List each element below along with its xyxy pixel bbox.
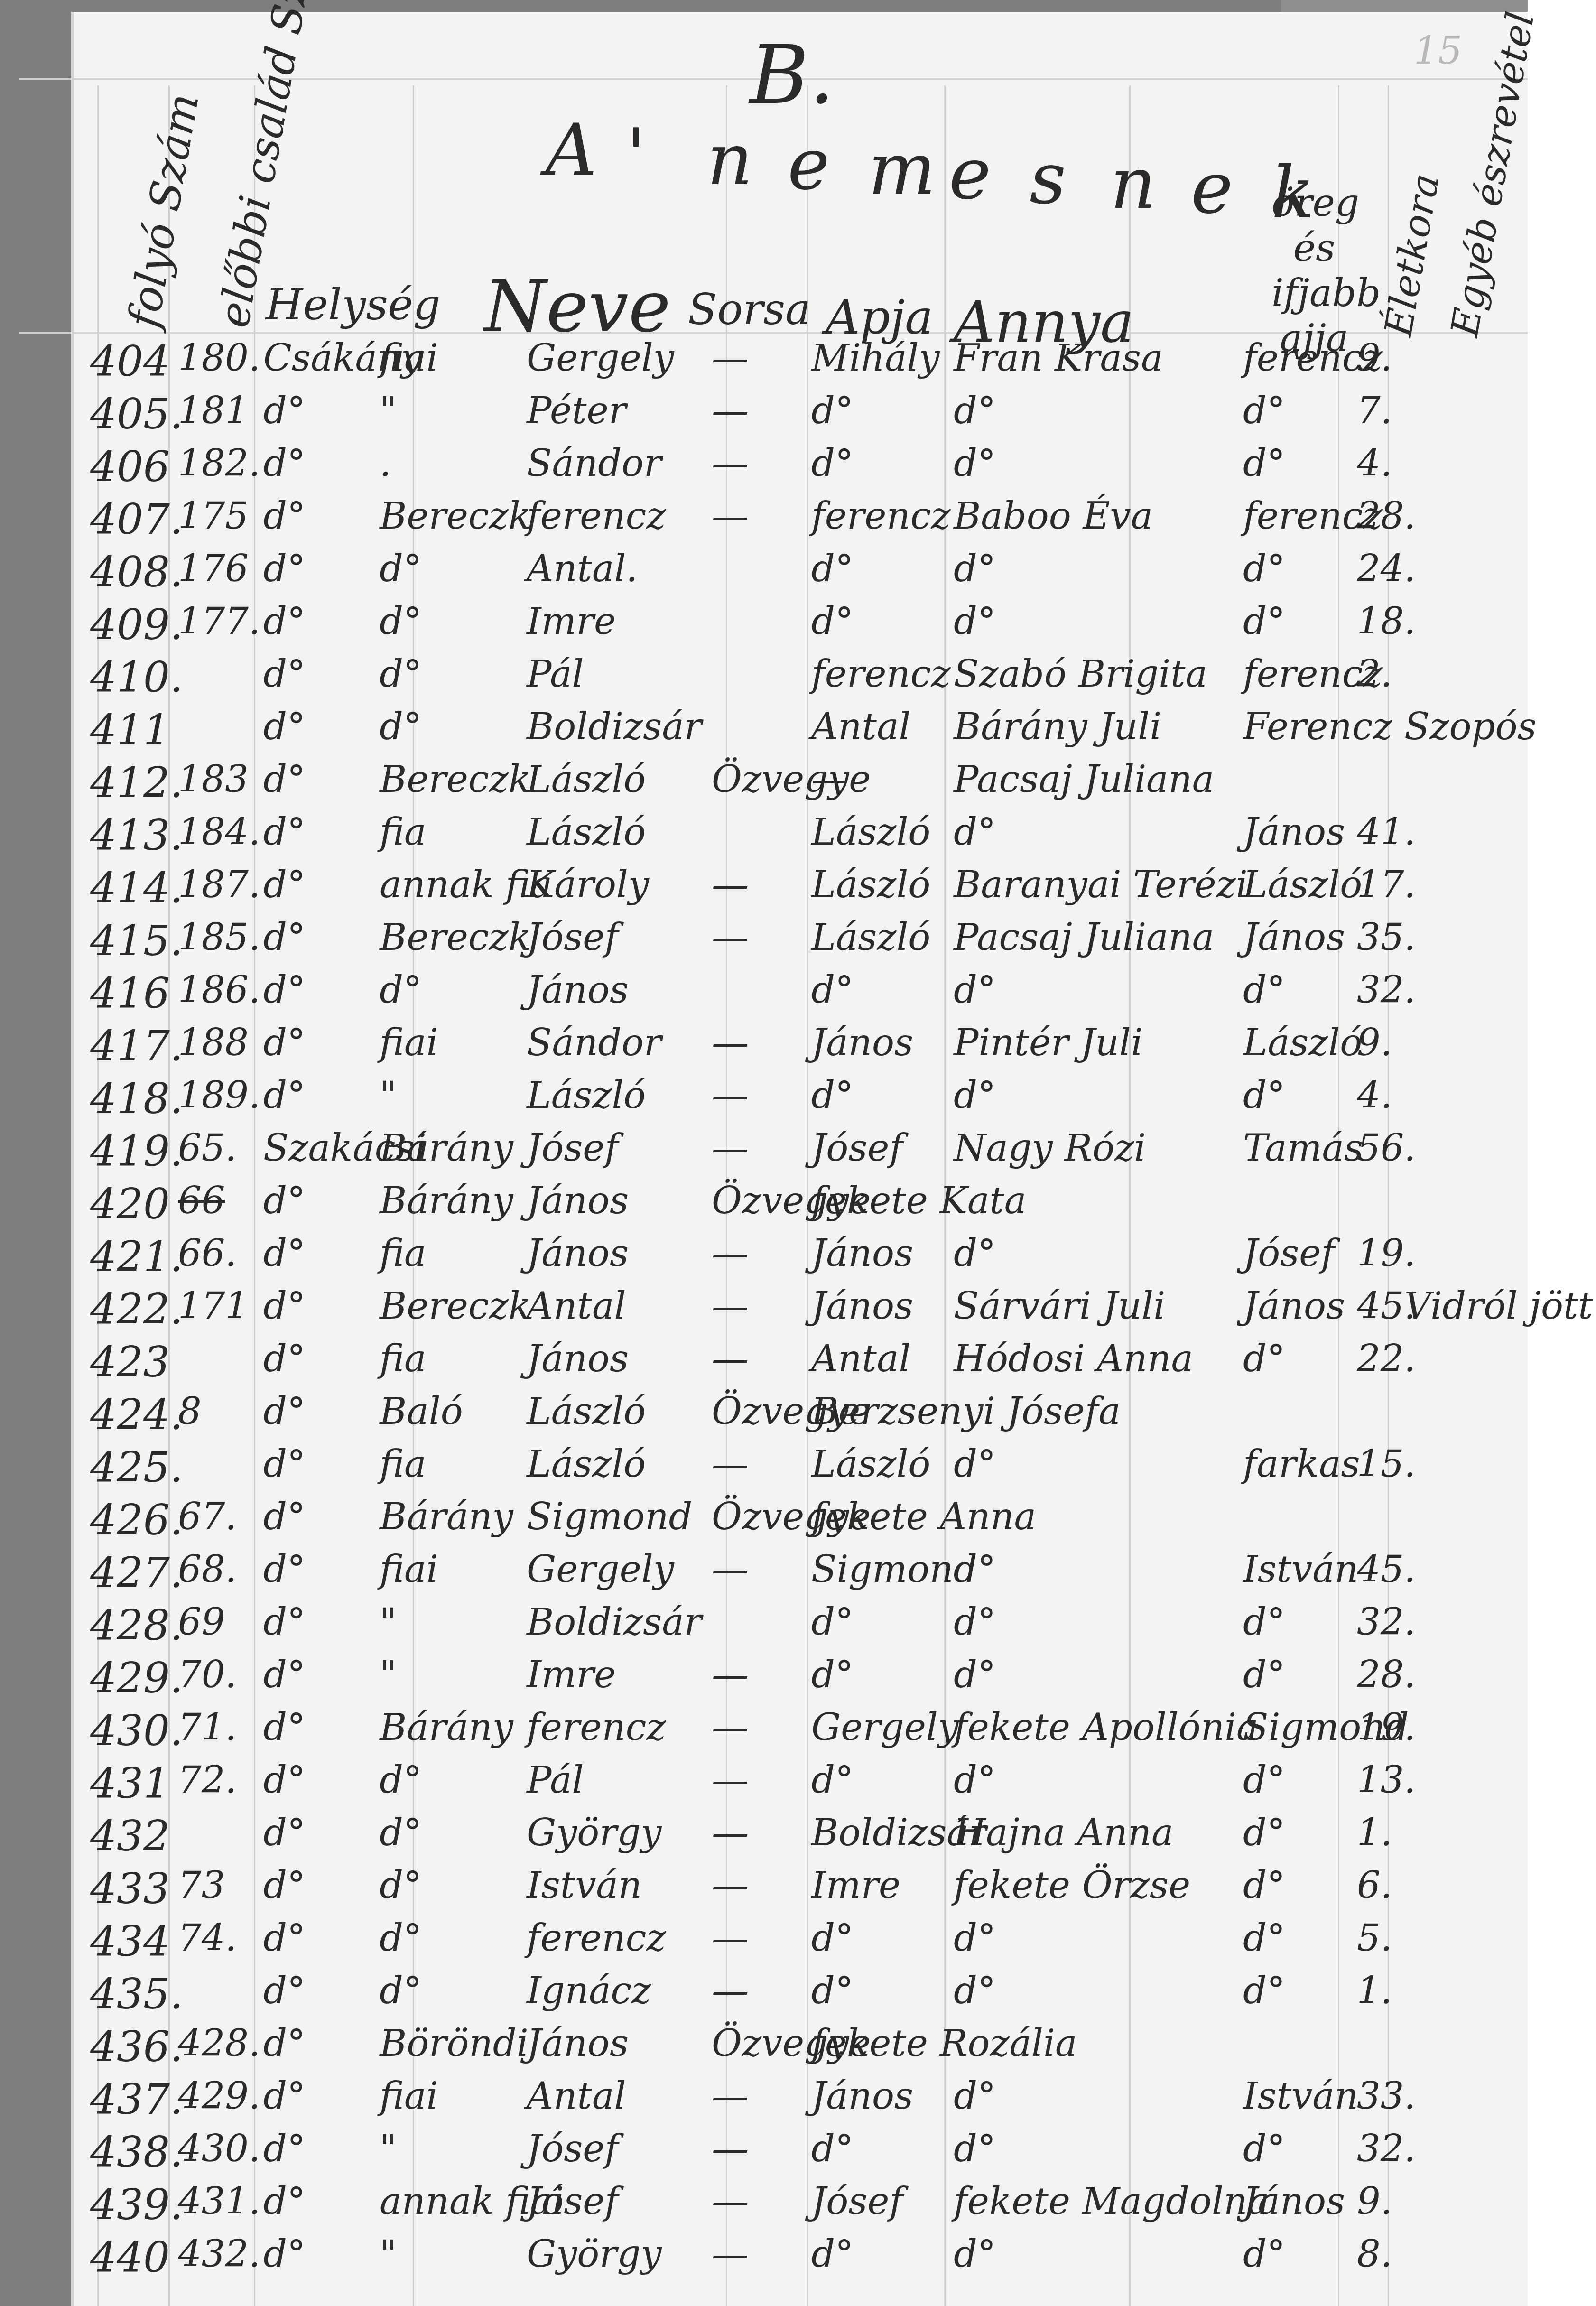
status: — (712, 1864, 749, 1907)
mother: d° (954, 1074, 996, 1117)
person-name: Jósef (527, 2128, 618, 2170)
person-name: Sigmond (527, 1496, 692, 1538)
age: 1. (1357, 1812, 1392, 1854)
remarks: Vidról jött (1404, 1285, 1593, 1328)
mother: Baboo Éva (954, 495, 1153, 538)
previous-number: 66 (178, 1180, 225, 1222)
person-name: Gergely (527, 337, 674, 380)
status: — (712, 337, 749, 380)
grandfather: d° (1243, 1812, 1285, 1854)
serial-number: 419. (90, 1127, 183, 1176)
serial-number: 434 (90, 1917, 170, 1966)
mother: d° (954, 811, 996, 854)
mother: Fran Krasa (954, 337, 1163, 380)
table-row: 426.67.d°BáránySigmondÖzvegyefekete Anna (0, 1496, 1518, 1548)
status: — (712, 1285, 749, 1328)
serial-number: 440 (90, 2233, 170, 2282)
grandfather: d° (1243, 442, 1285, 485)
serial-number: 433 (90, 1864, 170, 1913)
serial-number: 437. (90, 2075, 183, 2124)
mother: d° (954, 1443, 996, 1486)
remarks: Szopós (1404, 706, 1536, 748)
status: — (712, 1812, 749, 1854)
father: Imre (811, 1864, 900, 1907)
place: d° (263, 1443, 306, 1486)
table-row: 43172.d°d°Pál—d°d°d°13. (0, 1759, 1518, 1811)
grandfather: d° (1243, 390, 1285, 432)
table-row: 408.176d°d°Antal.d°d°d°24. (0, 548, 1518, 600)
person-name: Imre (527, 600, 616, 643)
status: — (712, 1917, 749, 1960)
title-letter: A (546, 109, 597, 192)
table-row: 406182.d°.Sándor—d°d°d°4. (0, 442, 1518, 494)
place: d° (263, 1548, 306, 1591)
mother: d° (954, 2233, 996, 2276)
relation: d° (380, 653, 422, 696)
father: d° (811, 1601, 854, 1644)
serial-number: 425. (90, 1443, 183, 1492)
status: — (712, 1548, 749, 1591)
age: 9. (1357, 1022, 1392, 1064)
previous-number: 67. (178, 1496, 237, 1538)
grandfather: d° (1243, 1601, 1285, 1644)
father: Antal (811, 706, 910, 748)
table-row: 413.184.d°fiaLászlóLászlód°János41. (0, 811, 1518, 863)
person-name: Sándor (527, 1022, 661, 1064)
place: d° (263, 653, 306, 696)
status: — (712, 2233, 749, 2276)
mother: d° (954, 390, 996, 432)
title-letter: ' (626, 114, 646, 196)
father: d° (811, 548, 854, 590)
grandfather: Tamás (1243, 1127, 1363, 1170)
age: 56. (1357, 1127, 1416, 1170)
serial-number: 412. (90, 758, 183, 807)
previous-number: 176 (178, 548, 249, 590)
title-letter: m (868, 128, 936, 211)
previous-number: 189. (178, 1074, 260, 1117)
relation: d° (380, 1759, 422, 1802)
father: fekete Kata (811, 1180, 1026, 1222)
father: László (811, 916, 930, 959)
age: 32. (1357, 1601, 1416, 1644)
grandfather: d° (1243, 1074, 1285, 1117)
serial-number: 421. (90, 1232, 183, 1281)
mother: d° (954, 2128, 996, 2170)
previous-number: 182. (178, 442, 260, 485)
previous-number: 74. (178, 1917, 237, 1960)
table-row: 407.175d°Bereczkferencz—ferenczBaboo Éva… (0, 495, 1518, 547)
place: d° (263, 1232, 306, 1275)
table-row: 414.187.d°annak fiaKároly—LászlóBaranyai… (0, 864, 1518, 916)
father: János (811, 1285, 913, 1328)
relation: d° (380, 548, 422, 590)
grandfather: Ferencz (1243, 706, 1392, 748)
grandfather: Jósef (1243, 1232, 1335, 1275)
previous-number: 185. (178, 916, 260, 959)
mother: Hódosi Anna (954, 1338, 1193, 1380)
relation: Baló (380, 1390, 463, 1433)
serial-number: 405. (90, 390, 183, 438)
relation: fiai (380, 2075, 438, 2118)
age: 19. (1357, 1706, 1416, 1749)
person-name: Imre (527, 1654, 616, 1696)
relation: fia (380, 811, 427, 854)
relation: " (380, 390, 397, 432)
table-row: 411d°d°BoldizsárAntalBárány JuliFerenczS… (0, 706, 1518, 758)
table-row: 421.66.d°fiaJános—Jánosd°Jósef19. (0, 1232, 1518, 1284)
status: — (712, 442, 749, 485)
header-place: Helység (266, 280, 440, 330)
person-name: László (527, 811, 646, 854)
grandfather: d° (1243, 2128, 1285, 2170)
mother: Szabó Brigita (954, 653, 1207, 696)
status: — (712, 2180, 749, 2223)
serial-number: 438. (90, 2128, 183, 2176)
previous-number: 429. (178, 2075, 260, 2118)
relation: Bárány (380, 1496, 513, 1538)
father: d° (811, 2233, 854, 2276)
grandfather: d° (1243, 969, 1285, 1012)
relation: d° (380, 1864, 422, 1907)
previous-number: 187. (178, 864, 260, 906)
title-letter: e (1191, 147, 1233, 230)
serial-number: 414. (90, 864, 183, 912)
father: László (811, 864, 930, 906)
previous-number: 65. (178, 1127, 237, 1170)
mother: fekete Magdolna (954, 2180, 1270, 2223)
person-name: ferencz (527, 1917, 666, 1960)
table-row: 416186.d°d°Jánosd°d°d°32. (0, 969, 1518, 1021)
age: 2. (1357, 653, 1392, 696)
father: — (811, 758, 848, 801)
mother: Sárvári Juli (954, 1285, 1165, 1328)
father: Gergely (811, 1706, 959, 1749)
mother: d° (954, 442, 996, 485)
place: d° (263, 1285, 306, 1328)
grandfather: János (1243, 916, 1345, 959)
status: — (712, 1970, 749, 2012)
father: d° (811, 390, 854, 432)
age: 7. (1357, 390, 1392, 432)
title-letter: n (1110, 142, 1156, 225)
mother: Pintér Juli (954, 1022, 1143, 1064)
serial-number: 404 (90, 337, 170, 386)
father: d° (811, 1917, 854, 1960)
mother: d° (954, 1601, 996, 1644)
person-name: László (527, 1443, 646, 1486)
status: — (712, 1654, 749, 1696)
table-row: 419.65.SzakácsiBárányJósef—JósefNagy Róz… (0, 1127, 1518, 1179)
serial-number: 439. (90, 2180, 183, 2229)
person-name: Jósef (527, 916, 618, 959)
grandfather: d° (1243, 548, 1285, 590)
person-name: Antal. (527, 548, 638, 590)
status: — (712, 1127, 749, 1170)
relation: Bárány (380, 1180, 513, 1222)
table-row: 437.429.d°fiaiAntal—Jánosd°István33. (0, 2075, 1518, 2127)
previous-number: 8 (178, 1390, 202, 1433)
relation: Bereczk (380, 495, 531, 538)
grandfather: d° (1243, 600, 1285, 643)
title-letter: e (788, 123, 830, 206)
mother: d° (954, 2075, 996, 2118)
grandfather: d° (1243, 1864, 1285, 1907)
mother: d° (954, 1654, 996, 1696)
serial-number: 417. (90, 1022, 183, 1070)
table-row: 435.d°d°Ignácz—d°d°d°1. (0, 1970, 1518, 2022)
grandfather: d° (1243, 1654, 1285, 1696)
father: fekete Anna (811, 1496, 1036, 1538)
place: d° (263, 1864, 306, 1907)
mother: d° (954, 969, 996, 1012)
table-row: 440432.d°"György—d°d°d°8. (0, 2233, 1518, 2285)
mother: d° (954, 1917, 996, 1960)
previous-number: 177. (178, 600, 260, 643)
status: — (712, 2075, 749, 2118)
status: — (712, 1074, 749, 1117)
relation: fiai (380, 1022, 438, 1064)
serial-number: 418. (90, 1074, 183, 1123)
place: d° (263, 390, 306, 432)
previous-number: 175 (178, 495, 249, 538)
serial-number: 424. (90, 1390, 183, 1439)
person-name: Ignácz (527, 1970, 651, 2012)
place: d° (263, 758, 306, 801)
father: d° (811, 1654, 854, 1696)
table-row: 427.68.d°fiaiGergely—Sigmondd°István45. (0, 1548, 1518, 1600)
place: d° (263, 1759, 306, 1802)
status: — (712, 1443, 749, 1486)
place: d° (263, 1338, 306, 1380)
place: d° (263, 969, 306, 1012)
mother: d° (954, 1970, 996, 2012)
previous-number: 73 (178, 1864, 225, 1907)
mother: Bárány Juli (954, 706, 1161, 748)
serial-number: 431 (90, 1759, 170, 1808)
relation: Bereczk (380, 758, 531, 801)
father: ferencz (811, 653, 951, 696)
previous-number: 181 (178, 390, 249, 432)
person-name: János (527, 1232, 629, 1275)
status: — (712, 1759, 749, 1802)
relation: d° (380, 1970, 422, 2012)
place: d° (263, 495, 306, 538)
age: 41. (1357, 811, 1416, 854)
place: d° (263, 600, 306, 643)
relation: fia (380, 1443, 427, 1486)
mother: fekete Örzse (954, 1864, 1190, 1907)
previous-number: 180. (178, 337, 260, 380)
relation: Bárány (380, 1706, 513, 1749)
place: d° (263, 811, 306, 854)
person-name: ferencz (527, 1706, 666, 1749)
table-row: 424.8d°BalóLászlóÖzvegyeBerzsenyi Jósefa (0, 1390, 1518, 1442)
relation: d° (380, 1812, 422, 1854)
mother: fekete Apollónia (954, 1706, 1259, 1749)
place: d° (263, 1601, 306, 1644)
serial-number: 407. (90, 495, 183, 544)
serial-number: 430. (90, 1706, 183, 1755)
status: — (712, 2128, 749, 2170)
serial-number: 436. (90, 2022, 183, 2071)
serial-number: 422. (90, 1285, 183, 1334)
age: 18. (1357, 600, 1416, 643)
status: — (712, 495, 749, 538)
table-row: 412.183d°BereczkLászlóÖzvegye—Pacsaj Jul… (0, 758, 1518, 810)
relation: d° (380, 1917, 422, 1960)
grandfather: d° (1243, 1970, 1285, 2012)
serial-number: 413. (90, 811, 183, 860)
place: d° (263, 548, 306, 590)
person-name: ferencz (527, 495, 666, 538)
status: — (712, 1338, 749, 1380)
place: d° (263, 1970, 306, 2012)
place: d° (263, 442, 306, 485)
place: d° (263, 2075, 306, 2118)
serial-number: 428. (90, 1601, 183, 1650)
age: 32. (1357, 969, 1416, 1012)
father: d° (811, 1759, 854, 1802)
age: 28. (1357, 1654, 1416, 1696)
table-row: 429.70.d°"Imre—d°d°d°28. (0, 1654, 1518, 1706)
relation: d° (380, 706, 422, 748)
serial-number: 409. (90, 600, 183, 649)
relation: Böröndi (380, 2022, 529, 2065)
title-letter: s (1030, 138, 1066, 220)
relation: " (380, 1654, 397, 1696)
age: 5. (1357, 1917, 1392, 1960)
father: Antal (811, 1338, 910, 1380)
father: Sigmond (811, 1548, 977, 1591)
person-name: Sándor (527, 442, 661, 485)
relation: . (380, 442, 391, 485)
person-name: Boldizsár (527, 706, 702, 748)
previous-number: 72. (178, 1759, 237, 1802)
serial-number: 423 (90, 1338, 170, 1386)
person-name: János (527, 1338, 629, 1380)
status: — (712, 864, 749, 906)
table-row: 409.177.d°d°Imred°d°d°18. (0, 600, 1518, 652)
person-name: János (527, 1180, 629, 1222)
grandfather: László (1243, 864, 1362, 906)
title-letter: e (949, 133, 991, 215)
serial-number: 429. (90, 1654, 183, 1702)
table-row: 405.181d°"Péter—d°d°d°7. (0, 390, 1518, 442)
father: Jósef (811, 1127, 903, 1170)
table-row: 438.430.d°"Jósef—d°d°d°32. (0, 2128, 1518, 2180)
person-name: György (527, 2233, 662, 2276)
previous-number: 431. (178, 2180, 260, 2223)
previous-number: 432. (178, 2233, 260, 2276)
section-letter: B. (750, 28, 835, 122)
grandfather: d° (1243, 1338, 1285, 1380)
page-margin (1528, 0, 1596, 2306)
serial-number: 415. (90, 916, 183, 965)
mother: d° (954, 548, 996, 590)
relation: fia (380, 1338, 427, 1380)
previous-number: 66. (178, 1232, 237, 1275)
table-row: 439.431.d°annak fiaiJósef—Jóseffekete Ma… (0, 2180, 1518, 2232)
previous-number: 428. (178, 2022, 260, 2065)
place: d° (263, 2233, 306, 2276)
age: 33. (1357, 2075, 1416, 2118)
previous-number: 70. (178, 1654, 237, 1696)
grandfather: János (1243, 1285, 1345, 1328)
serial-number: 432 (90, 1812, 170, 1860)
relation: " (380, 1601, 397, 1644)
age: 9. (1357, 337, 1392, 380)
person-name: Károly (527, 864, 649, 906)
mother: d° (954, 600, 996, 643)
grandfather: István (1243, 1548, 1358, 1591)
header-name: Neve (484, 266, 671, 348)
relation: d° (380, 969, 422, 1012)
age: 8. (1357, 2233, 1392, 2276)
previous-number: 68. (178, 1548, 237, 1591)
table-row: 43373d°d°István—Imrefekete Örzsed°6. (0, 1864, 1518, 1916)
place: d° (263, 1496, 306, 1538)
status: — (712, 1232, 749, 1275)
age: 24. (1357, 548, 1416, 590)
age: 28. (1357, 495, 1416, 538)
age: 6. (1357, 1864, 1392, 1907)
grandfather: János (1243, 811, 1345, 854)
table-row: 410.d°d°PálferenczSzabó Brigitaferencz2. (0, 653, 1518, 705)
place: d° (263, 1654, 306, 1696)
father: d° (811, 1074, 854, 1117)
relation: Bereczk (380, 916, 531, 959)
person-name: György (527, 1812, 662, 1854)
person-name: Jósef (527, 2180, 618, 2223)
place: d° (263, 1074, 306, 1117)
person-name: István (527, 1864, 642, 1907)
age: 35. (1357, 916, 1416, 959)
person-name: János (527, 969, 629, 1012)
table-row: 415.185.d°BereczkJósef—LászlóPacsaj Juli… (0, 916, 1518, 968)
age: 13. (1357, 1759, 1416, 1802)
father: d° (811, 2128, 854, 2170)
status: — (712, 390, 749, 432)
father: János (811, 2075, 913, 2118)
place: d° (263, 2128, 306, 2170)
serial-number: 426. (90, 1496, 183, 1544)
relation: " (380, 2128, 397, 2170)
table-row: 43474.d°d°ferencz—d°d°d°5. (0, 1917, 1518, 1969)
place: d° (263, 916, 306, 959)
table-row: 428.69d°"Boldizsárd°d°d°32. (0, 1601, 1518, 1653)
father: László (811, 811, 930, 854)
person-name: László (527, 1390, 646, 1433)
father: János (811, 1022, 913, 1064)
table-row: 436.428.d°BöröndiJánosÖzvegyefekete Rozá… (0, 2022, 1518, 2074)
age: 9. (1357, 2180, 1392, 2223)
mother: Baranyai Terézi (954, 864, 1248, 906)
table-row: 423d°fiaJános—AntalHódosi Annad°22. (0, 1338, 1518, 1390)
relation: fiai (380, 337, 438, 380)
person-name: Antal (527, 1285, 626, 1328)
father: Jósef (811, 2180, 903, 2223)
grandfather: d° (1243, 2233, 1285, 2276)
father: ferencz (811, 495, 951, 538)
person-name: Antal (527, 2075, 626, 2118)
serial-number: 411 (90, 706, 170, 754)
relation: fia (380, 1232, 427, 1275)
mother: Hajna Anna (954, 1812, 1174, 1854)
mother: d° (954, 1232, 996, 1275)
status: — (712, 1022, 749, 1064)
person-name: Péter (527, 390, 626, 432)
